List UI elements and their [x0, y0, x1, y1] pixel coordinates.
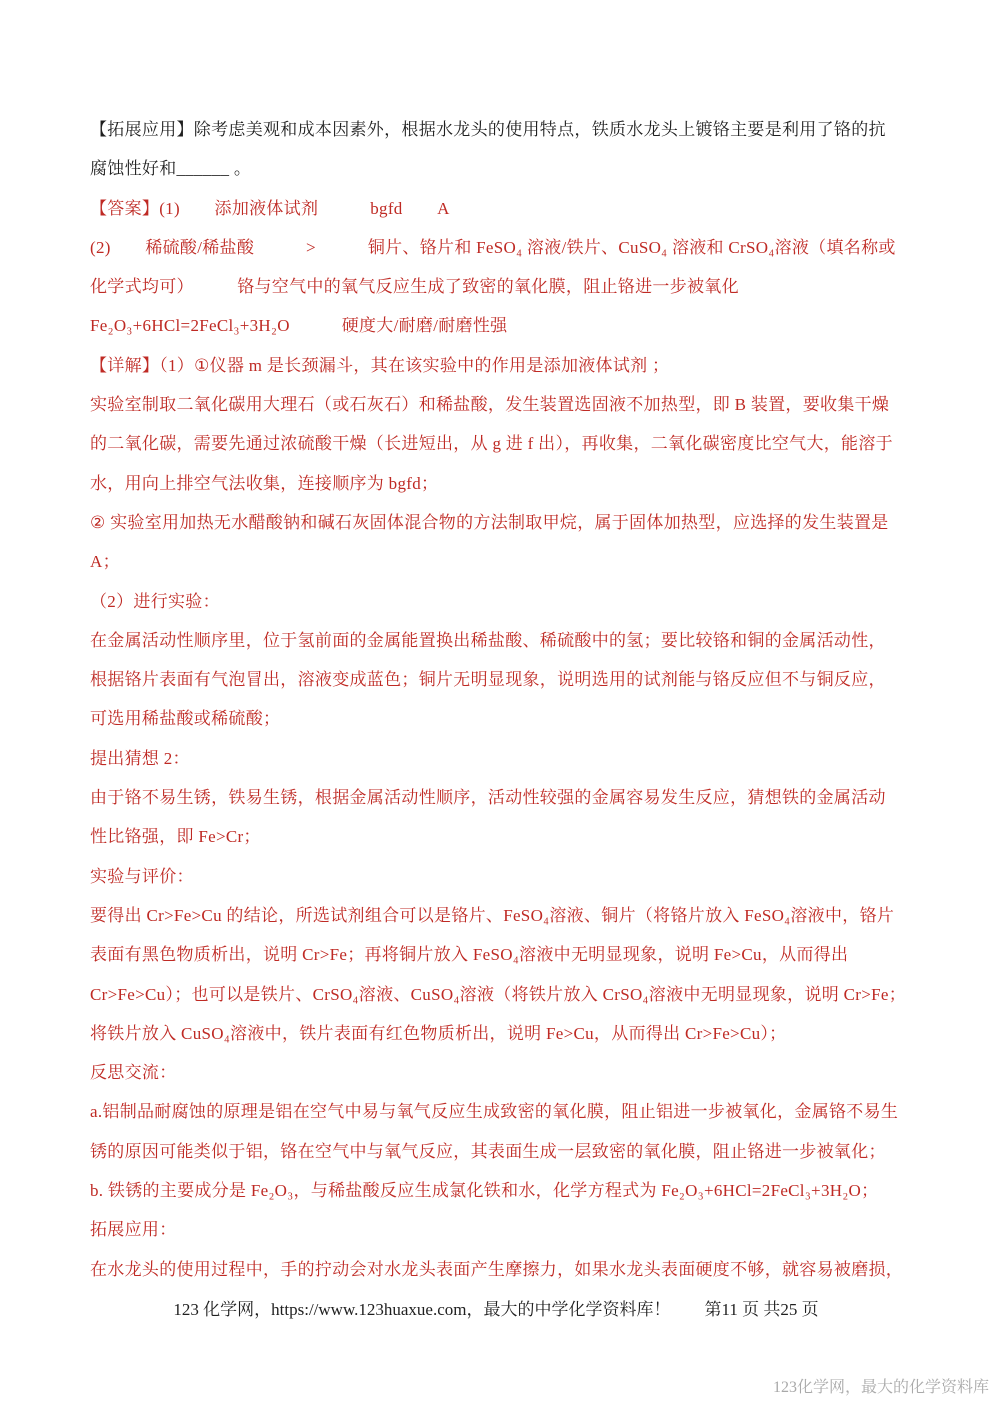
question-paragraph: 【拓展应用】除考虑美观和成本因素外，根据水龙头的使用特点，铁质水龙头上镀铬主要是… [90, 110, 914, 189]
explanation-line: 可选用稀盐酸或稀硫酸； [90, 699, 914, 738]
explanation-line: （2）进行实验： [90, 582, 914, 621]
explanation-line: 将铁片放入 CuSO₄溶液中，铁片表面有红色物质析出，说明 Fe>Cu，从而得出… [90, 1014, 914, 1053]
document-page: 【拓展应用】除考虑美观和成本因素外，根据水龙头的使用特点，铁质水龙头上镀铬主要是… [90, 110, 914, 1289]
explanation-line: A； [90, 542, 914, 581]
explanation-line: a.铝制品耐腐蚀的原理是铝在空气中易与氧气反应生成致密的氧化膜，阻止铝进一步被氧… [90, 1092, 914, 1131]
explanation-line: 在金属活动性顺序里，位于氢前面的金属能置换出稀盐酸、稀硫酸中的氢；要比较铬和铜的… [90, 621, 914, 660]
question-line-with-blank: 腐蚀性好和______ 。 [90, 149, 914, 188]
answer-paragraph: 【答案】(1) 添加液体试剂 bgfd A (2) 稀硫酸/稀盐酸 > 铜片、铬… [90, 189, 914, 1289]
explanation-line: 【详解】（1）①仪器 m 是长颈漏斗，其在该实验中的作用是添加液体试剂 ； [90, 346, 914, 385]
explanation-line: 由于铬不易生锈，铁易生锈，根据金属活动性顺序，活动性较强的金属容易发生反应，猜想… [90, 778, 914, 817]
answer-line: 化学式均可） 铬与空气中的氧气反应生成了致密的氧化膜，阻止铬进一步被氧化 [90, 267, 914, 306]
explanation-line: 锈的原因可能类似于铝，铬在空气中与氧气反应，其表面生成一层致密的氧化膜，阻止铬进… [90, 1132, 914, 1171]
explanation-line: 要得出 Cr>Fe>Cu 的结论，所选试剂组合可以是铬片、FeSO₄溶液、铜片（… [90, 896, 914, 935]
explanation-line: 实验室制取二氧化碳用大理石（或石灰石）和稀盐酸，发生装置选固液不加热型，即 B … [90, 385, 914, 424]
explanation-line: 性比铬强，即 Fe>Cr； [90, 817, 914, 856]
explanation-line: 拓展应用： [90, 1210, 914, 1249]
explanation-line: 在水龙头的使用过程中，手的拧动会对水龙头表面产生摩擦力，如果水龙头表面硬度不够，… [90, 1250, 914, 1289]
answer-line-equation: Fe₂O₃+6HCl=2FeCl₃+3H₂O 硬度大/耐磨/耐磨性强 [90, 306, 914, 345]
answer-line: (2) 稀硫酸/稀盐酸 > 铜片、铬片和 FeSO₄ 溶液/铁片、CuSO₄ 溶… [90, 228, 914, 267]
explanation-line: ② 实验室用加热无水醋酸钠和碱石灰固体混合物的方法制取甲烷，属于固体加热型，应选… [90, 503, 914, 542]
page-footer: 123 化学网，https://www.123huaxue.com，最大的中学化… [0, 1290, 992, 1329]
site-watermark: 123化学网，最大的化学资料库 [773, 1374, 989, 1397]
explanation-line: 反思交流： [90, 1053, 914, 1092]
explanation-line: 的二氧化碳，需要先通过浓硫酸干燥（长进短出，从 g 进 f 出），再收集，二氧化… [90, 424, 914, 463]
explanation-line: 实验与评价： [90, 857, 914, 896]
explanation-line: 水，用向上排空气法收集，连接顺序为 bgfd； [90, 464, 914, 503]
explanation-line-equation: b. 铁锈的主要成分是 Fe₂O₃，与稀盐酸反应生成氯化铁和水，化学方程式为 F… [90, 1171, 914, 1210]
explanation-line: Cr>Fe>Cu）；也可以是铁片、CrSO₄溶液、CuSO₄溶液（将铁片放入 C… [90, 975, 914, 1014]
explanation-line: 根据铬片表面有气泡冒出，溶液变成蓝色；铜片无明显现象，说明选用的试剂能与铬反应但… [90, 660, 914, 699]
explanation-line: 提出猜想 2： [90, 739, 914, 778]
question-line: 【拓展应用】除考虑美观和成本因素外，根据水龙头的使用特点，铁质水龙头上镀铬主要是… [90, 110, 914, 149]
explanation-line: 表面有黑色物质析出，说明 Cr>Fe；再将铜片放入 FeSO₄溶液中无明显现象，… [90, 935, 914, 974]
answer-line: 【答案】(1) 添加液体试剂 bgfd A [90, 189, 914, 228]
